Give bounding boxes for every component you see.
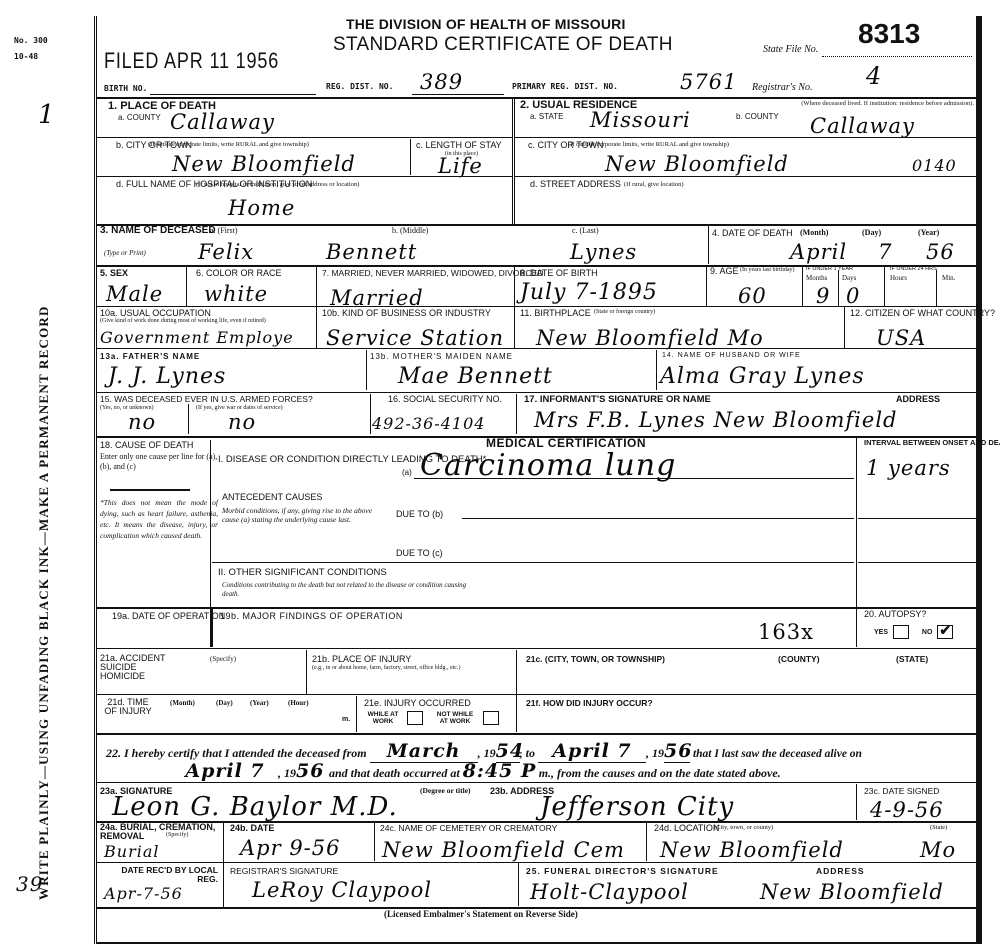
ssn-value: 492-36-4104 (372, 414, 485, 433)
rule (97, 348, 979, 349)
marital-label: 7. MARRIED, NEVER MARRIED, WIDOWED, DIVO… (322, 268, 500, 278)
injury-occurred-label: 21e. INJURY OCCURRED (364, 698, 471, 708)
residence-county-label: b. COUNTY (736, 112, 779, 121)
father-label: 13a. FATHER'S NAME (100, 352, 200, 361)
birthplace-note: (State or foreign country) (594, 309, 655, 315)
occupation-note: (Give kind of work done during most of w… (100, 318, 312, 324)
rule (97, 137, 512, 138)
other-conditions-label: II. OTHER SIGNIFICANT CONDITIONS (218, 567, 387, 578)
birth-no-field (150, 94, 316, 95)
certify-text-19b: , 19 (646, 746, 664, 760)
registrar-signature-label: REGISTRAR'S SIGNATURE (230, 866, 338, 876)
rule (97, 607, 979, 609)
street-address-label: d. STREET ADDRESS (530, 180, 580, 189)
mother-label: 13b. MOTHER'S MAIDEN NAME (370, 352, 513, 361)
funeral-address-value: New Bloomfield (760, 880, 944, 904)
residence-city-value: New Bloomfield (605, 152, 789, 176)
injury-day-label: (Day) (216, 699, 233, 707)
footer-note: (Licensed Embalmer's Statement on Revers… (384, 909, 578, 919)
hospital-note: (If not in hospital or institution, give… (196, 181, 359, 188)
race-value: white (204, 282, 268, 306)
rule (856, 609, 857, 647)
agency-title: THE DIVISION OF HEALTH OF MISSOURI (346, 16, 626, 32)
injury-state-label: (STATE) (896, 654, 928, 664)
funeral-address-label: ADDRESS (816, 866, 865, 876)
occupation-label: 10a. USUAL OCCUPATION (100, 308, 211, 318)
autopsy-options: YES NO (874, 625, 956, 639)
death-county-label: a. COUNTY (118, 113, 161, 122)
hours-label: Hours (890, 274, 907, 282)
burial-date-value: Apr 9-56 (240, 836, 341, 860)
due-to-c-label: DUE TO (c) (396, 548, 443, 558)
age-value: 60 (738, 284, 767, 308)
last-name-value: Lynes (570, 240, 637, 264)
length-of-stay-label: c. LENGTH OF STAY (416, 140, 508, 150)
antecedent-note: Morbid conditions, if any, giving rise t… (222, 506, 390, 524)
due-to-b-label: DUE TO (b) (396, 509, 443, 519)
line-a-label: (a) (402, 468, 412, 477)
interval-value: 1 years (866, 456, 951, 480)
rule (514, 266, 515, 348)
rule (518, 862, 519, 906)
birthplace-value: New Bloomfield Mo (536, 326, 764, 350)
state-file-label: State File No. (763, 44, 818, 55)
industry-label: 10b. KIND OF BUSINESS OR INDUSTRY (322, 308, 502, 318)
funeral-director-value: Holt-Claypool (530, 880, 689, 904)
first-name-label: a. (First) (210, 226, 238, 235)
residence-state-value: Missouri (590, 108, 691, 132)
autopsy-no-checkbox[interactable] (937, 625, 953, 639)
age-note: (In years last birthday) (740, 267, 800, 273)
industry-value: Service Station (326, 326, 504, 350)
sex-label: 5. SEX (100, 268, 128, 278)
form-number: No. 300 (14, 36, 48, 45)
residence-county-value: Callaway (810, 114, 915, 138)
injury-work-options: WHILE AT WORK NOT WHILE AT WORK (364, 711, 502, 725)
autopsy-yes-label: YES (874, 629, 888, 636)
death-day-value: 7 (878, 240, 892, 264)
rule (97, 942, 979, 944)
certify-text-to: , to (520, 746, 535, 760)
middle-name-label: b. (Middle) (392, 226, 428, 235)
rule (356, 696, 357, 732)
cause-instruction: Enter only one cause per line for (a), (… (100, 452, 218, 472)
cause-footnote: *This does not mean the mode of dying, s… (100, 497, 218, 541)
registrar-no-label: Registrar's No. (752, 82, 812, 93)
rule (646, 823, 647, 861)
not-while-at-work-checkbox[interactable] (483, 711, 499, 725)
under-24h-label: IF UNDER 24 HRS. (890, 266, 938, 272)
registrar-signature-value: LeRoy Claypool (252, 878, 432, 902)
rule (306, 650, 307, 694)
dob-label: 8. DATE OF BIRTH (520, 268, 598, 278)
reg-dist-number: 389 (420, 70, 463, 94)
certificate-title: STANDARD CERTIFICATE OF DEATH (333, 34, 673, 56)
residence-city-note: (If outside corporate limits, write RURA… (568, 141, 729, 148)
while-at-work-label: WHILE AT WORK (364, 711, 402, 725)
rule (374, 823, 375, 861)
rule (366, 350, 367, 390)
rule (858, 562, 978, 563)
rule (210, 440, 211, 610)
death-month-value: April (790, 240, 847, 264)
injury-month-label: (Month) (170, 699, 195, 707)
cemetery-value: New Bloomfield Cem (382, 838, 625, 862)
filed-stamp: FILED APR 11 1956 (104, 48, 279, 74)
injury-county-label: (COUNTY) (778, 654, 820, 664)
occupation-value: Government Employe (100, 328, 294, 347)
injury-hour-suffix: m. (342, 716, 350, 723)
citizen-value: USA (876, 326, 926, 350)
rule (838, 270, 839, 306)
date-signed-label: 23c. DATE SIGNED (864, 786, 939, 796)
hospital-label: d. FULL NAME OF HOSPITAL OR INSTITUTION (116, 180, 188, 189)
autopsy-no-label: NO (922, 629, 933, 636)
days-value: 0 (846, 284, 860, 308)
antecedent-label: ANTECEDENT CAUSES (222, 492, 322, 502)
rule (110, 489, 190, 491)
reg-dist-underline (412, 94, 504, 95)
death-county-value: Callaway (170, 110, 275, 134)
cause-c-field (212, 562, 854, 563)
last-seen-year: 56 (296, 760, 326, 783)
rule (844, 306, 845, 348)
rule (97, 782, 979, 783)
first-name-value: Felix (198, 240, 254, 264)
burial-note: (Specify) (166, 832, 188, 838)
certify-text-1: 22. I hereby certify that I attended the… (106, 746, 367, 760)
operation-findings-label: 19b. MAJOR FINDINGS OF OPERATION (220, 611, 403, 621)
injury-year-label: (Year) (250, 699, 269, 707)
rule (370, 394, 371, 434)
burial-location-label: 24d. LOCATION (654, 823, 719, 833)
death-time-value: 8:45 P (463, 760, 539, 783)
registrar-number: 4 (866, 62, 882, 90)
injury-type-label: 21a. ACCIDENT SUICIDE HOMICIDE (100, 654, 170, 681)
operation-code: 163x (758, 620, 814, 644)
reg-dist-label: REG. DIST. NO. (326, 82, 393, 91)
burial-location-state-label: (State) (930, 824, 947, 831)
injury-place-label: 21b. PLACE OF INJURY (312, 654, 411, 664)
residence-city-code: 0140 (912, 156, 957, 175)
primary-reg-dist-label: PRIMARY REG. DIST. NO. (512, 82, 618, 91)
certify-text-19c: , 19 (278, 766, 296, 780)
birth-no-label: BIRTH NO. (104, 84, 147, 93)
certify-text-2: that I last saw the deceased alive on (693, 748, 862, 760)
injury-hour-label: (Hour) (288, 699, 309, 707)
other-conditions-note: Conditions contributing to the death but… (222, 581, 472, 599)
rule (414, 478, 854, 479)
rule (514, 137, 979, 138)
col-divider-top (512, 98, 515, 224)
rule (210, 609, 213, 647)
certify-text-19a: , 19 (478, 746, 496, 760)
birthplace-label: 11. BIRTHPLACE (520, 308, 591, 318)
rule (97, 733, 979, 735)
rule (802, 266, 803, 306)
deceased-name-note: (Type or Print) (104, 249, 146, 257)
residence-city-label: c. CITY OR TOWN (528, 140, 568, 150)
death-year-value: 56 (926, 240, 955, 264)
while-at-work-checkbox[interactable] (407, 711, 423, 725)
burial-label: 24a. BURIAL, CREMATION, REMOVAL (100, 823, 220, 841)
certify-text-3: and that death occurred at (329, 766, 460, 780)
rule (188, 404, 189, 434)
death-year-label: (Year) (918, 228, 939, 237)
rule (516, 394, 517, 434)
days-label: Days (842, 274, 856, 282)
rule (97, 648, 979, 649)
rule (884, 266, 885, 306)
armed-forces-value: no (128, 410, 156, 434)
length-of-stay-value: Life (438, 154, 483, 178)
cert-address-value: Jefferson City (540, 792, 734, 822)
burial-location-note: (City, town, or county) (714, 824, 773, 831)
race-label: 6. COLOR OR RACE (196, 268, 282, 278)
rule (936, 270, 937, 306)
ssn-label: 16. SOCIAL SECURITY NO. (376, 394, 502, 404)
degree-label: (Degree or title) (420, 786, 471, 795)
rule (708, 226, 709, 264)
date-signed-value: 4-9-56 (870, 798, 944, 822)
rule (97, 176, 512, 177)
rule (97, 862, 979, 863)
cause-b-field (462, 518, 854, 519)
primary-reg-dist-number: 5761 (680, 70, 737, 94)
rule (223, 823, 224, 907)
age-label: 9. AGE (710, 266, 739, 276)
certify-text-4: m., from the causes and on the date stat… (539, 766, 781, 780)
informant-value: Mrs F.B. Lynes New Bloomfield (534, 408, 897, 432)
rule (514, 176, 979, 177)
date-recd-label: DATE REC'D BY LOCAL REG. (100, 866, 218, 884)
injury-type-note: (Specify) (210, 655, 236, 663)
state-file-number: 8313 (858, 18, 920, 50)
date-of-death-label: 4. DATE OF DEATH (712, 229, 762, 238)
rule (706, 266, 707, 306)
spouse-label: 14. NAME OF HUSBAND OR WIFE (662, 352, 801, 359)
middle-name-value: Bennett (326, 240, 417, 264)
operation-date-label: 19a. DATE OF OPERATION (112, 611, 198, 621)
rule (856, 784, 857, 820)
sex-value: Male (106, 282, 163, 306)
hospital-value: Home (228, 196, 295, 220)
rule (97, 694, 979, 695)
rule (856, 438, 857, 608)
street-address-note: (If rural, give location) (624, 181, 684, 188)
interval-label: INTERVAL BETWEEN ONSET AND DEATH (864, 438, 974, 447)
death-city-value: New Bloomfield (172, 152, 356, 176)
burial-location-state-value: Mo (920, 838, 956, 862)
min-label: Min. (942, 274, 955, 282)
rule (858, 518, 978, 519)
side-instruction: WRITE PLAINLY—USING UNFADING BLACK INK—M… (36, 120, 52, 900)
injury-time-label: 21d. TIME OF INJURY (100, 698, 156, 716)
not-while-at-work-label: NOT WHILE AT WORK (432, 711, 478, 725)
injury-city-label: 21c. (CITY, TOWN, OR TOWNSHIP) (526, 654, 665, 664)
death-month-label: (Month) (800, 228, 828, 237)
signature-value: Leon G. Baylor M.D. (112, 792, 398, 822)
deceased-name-label: 3. NAME OF DECEASED (100, 226, 184, 236)
under-1yr-label: IF UNDER 1 YEAR (806, 266, 853, 272)
rule (316, 266, 317, 348)
armed-forces-label: 15. WAS DECEASED EVER IN U.S. ARMED FORC… (100, 394, 313, 404)
disease-label: I. DISEASE OR CONDITION DIRECTLY LEADING… (218, 455, 408, 465)
injury-place-note: (e.g., in or about home, farm, factory, … (312, 665, 504, 671)
cause-of-death-label: 18. CAUSE OF DEATH (100, 440, 193, 450)
rule (656, 350, 657, 390)
burial-date-label: 24b. DATE (230, 823, 274, 833)
certify-line-2: April 7, 1956 and that death occurred at… (128, 760, 781, 783)
rule (97, 306, 979, 307)
date-recd-value: Apr-7-56 (104, 884, 183, 903)
armed-forces-service-value: no (228, 410, 256, 434)
citizen-label: 12. CITIZEN OF WHAT COUNTRY? (850, 308, 974, 318)
months-value: 9 (816, 284, 830, 308)
usual-residence-note: (Where deceased lived. If institution: r… (668, 100, 974, 108)
months-label: Months (806, 274, 827, 282)
autopsy-yes-checkbox[interactable] (893, 625, 909, 639)
rule (186, 266, 187, 306)
informant-address-label: ADDRESS (896, 394, 940, 404)
funeral-director-label: 25. FUNERAL DIRECTOR'S SIGNATURE (526, 866, 719, 876)
father-value: J. J. Lynes (108, 364, 226, 389)
dob-value: July 7-1895 (520, 280, 658, 305)
informant-label: 17. INFORMANT'S SIGNATURE OR NAME (524, 394, 711, 405)
autopsy-label: 20. AUTOPSY? (864, 609, 926, 619)
last-seen-value: April 7 (172, 760, 278, 783)
death-day-label: (Day) (862, 228, 881, 237)
margin-mark-bottom: 39 (16, 872, 43, 896)
mother-value: Mae Bennett (398, 364, 553, 389)
residence-state-label: a. STATE (530, 112, 564, 121)
form-revision: 10-48 (14, 52, 38, 61)
spouse-value: Alma Gray Lynes (660, 364, 865, 389)
last-name-label: c. (Last) (572, 226, 599, 235)
burial-value: Burial (104, 842, 159, 861)
death-city-note: (If outside corporate limits, write RURA… (148, 141, 309, 148)
rule (516, 650, 517, 732)
rule (410, 139, 411, 175)
cemetery-label: 24c. NAME OF CEMETERY OR CREMATORY (380, 823, 557, 833)
rule (97, 392, 979, 393)
state-file-underline (822, 56, 972, 57)
injury-how-label: 21f. HOW DID INJURY OCCUR? (526, 698, 653, 708)
burial-location-value: New Bloomfield (660, 838, 844, 862)
